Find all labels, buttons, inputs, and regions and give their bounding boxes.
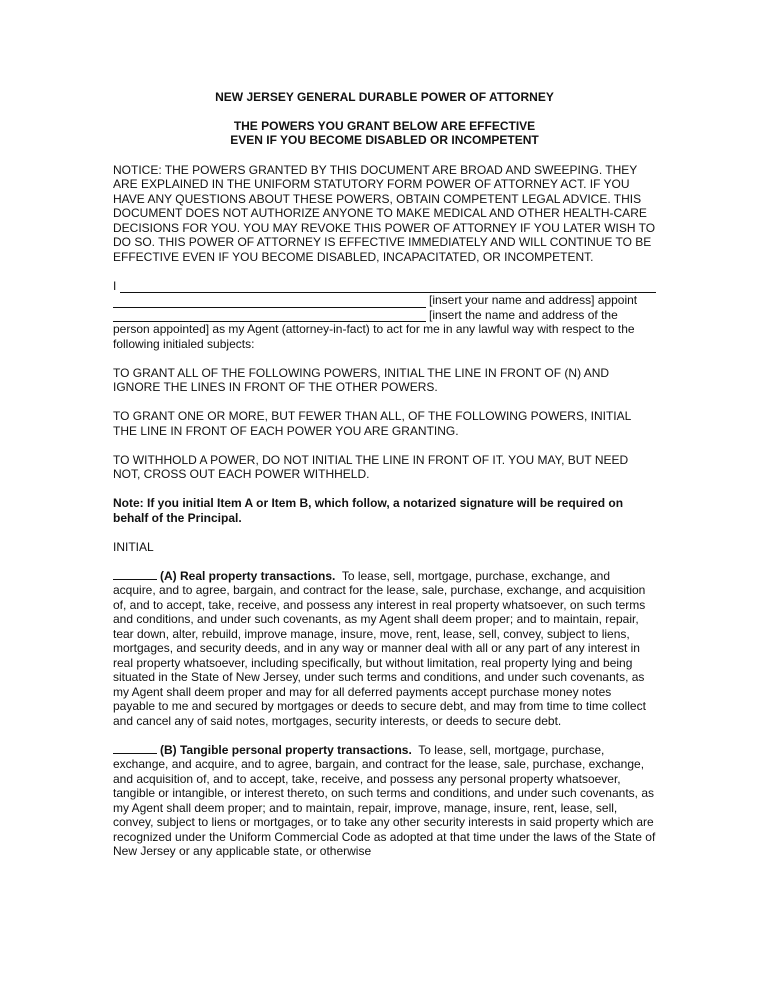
subtitle-line: EVEN IF YOU BECOME DISABLED OR INCOMPETE…	[113, 133, 656, 148]
appointment-prefix: I	[113, 279, 116, 294]
principal-hint: [insert your name and address] appoint	[429, 293, 637, 308]
principal-address-row: [insert your name and address] appoint	[113, 293, 656, 308]
principal-name-field[interactable]	[120, 281, 656, 293]
document-page: NEW JERSEY GENERAL DURABLE POWER OF ATTO…	[113, 90, 656, 873]
principal-address-field[interactable]	[113, 296, 426, 308]
principal-line-row: I	[113, 279, 656, 294]
item-body: To lease, sell, mortgage, purchase, exch…	[113, 743, 659, 859]
agent-hint: [insert the name and address of the	[429, 308, 618, 323]
instruction-paragraph: TO GRANT ALL OF THE FOLLOWING POWERS, IN…	[113, 366, 656, 395]
notice-paragraph: NOTICE: THE POWERS GRANTED BY THIS DOCUM…	[113, 163, 656, 265]
instruction-paragraph: TO WITHHOLD A POWER, DO NOT INITIAL THE …	[113, 453, 656, 482]
agent-row: [insert the name and address of the	[113, 308, 656, 323]
agent-name-field[interactable]	[113, 310, 426, 322]
notary-note: Note: If you initial Item A or Item B, w…	[113, 496, 656, 525]
subtitle-line: THE POWERS YOU GRANT BELOW ARE EFFECTIVE	[113, 119, 656, 134]
instruction-paragraph: TO GRANT ONE OR MORE, BUT FEWER THAN ALL…	[113, 409, 656, 438]
initial-field-b[interactable]	[113, 743, 157, 754]
item-body: To lease, sell, mortgage, purchase, exch…	[113, 569, 649, 728]
power-item-b: (B) Tangible personal property transacti…	[113, 743, 656, 859]
document-title: NEW JERSEY GENERAL DURABLE POWER OF ATTO…	[113, 90, 656, 105]
appointment-block: I [insert your name and address] appoint…	[113, 279, 656, 352]
appointment-continuation: person appointed] as my Agent (attorney-…	[113, 322, 656, 351]
power-item-a: (A) Real property transactions. To lease…	[113, 569, 656, 729]
initial-field-a[interactable]	[113, 569, 157, 580]
initial-label: INITIAL	[113, 540, 656, 555]
item-heading: (B) Tangible personal property transacti…	[160, 743, 412, 757]
document-subtitle: THE POWERS YOU GRANT BELOW ARE EFFECTIVE…	[113, 119, 656, 148]
item-heading: (A) Real property transactions.	[160, 569, 335, 583]
